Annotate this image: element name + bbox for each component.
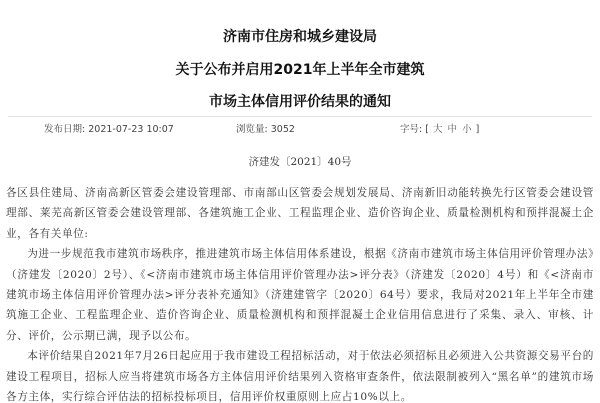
publish-date: 发布日期: 2021-07-23 10:07 [44,121,174,135]
paragraph-1: 为进一步规范我市建筑市场秩序，推进建筑市场主体信用体系建设，根据《济南市建筑市场… [6,244,594,346]
document-number: 济建发〔2021〕40号 [0,154,600,169]
notice-title-line-2: 市场主体信用评价结果的通知 [0,91,600,111]
publish-date-value: 2021-07-23 10:07 [88,124,174,135]
view-count-label: 浏览量: [236,124,268,135]
view-count-value: 3052 [271,124,295,135]
font-size-medium-link[interactable]: 中 [448,124,458,135]
font-size-small-link[interactable]: 小 [462,124,472,135]
bracket-close: ] [476,124,480,135]
paragraph-2: 本评价结果自2021年7月26日起应用于我市建设工程招标活动，对于依法必须招标且… [6,346,594,403]
font-size-label: 字号: [400,124,422,135]
notice-title-line-1: 关于公布并启用2021年上半年全市建筑 [0,59,600,79]
addressee: 各区县住建局、济南高新区管委会建设管理部、市南部山区管委会规划发展局、济南新旧动… [6,183,594,244]
header-divider [8,116,592,117]
font-size-large-link[interactable]: 大 [433,124,443,135]
publish-date-label: 发布日期: [44,124,85,135]
font-size-selector: 字号: [ 大 中 小 ] [400,121,479,135]
agency-title: 济南市住房和城乡建设局 [0,26,600,46]
bracket-open: [ [425,124,429,135]
view-count: 浏览量: 3052 [236,121,295,135]
document-body: 各区县住建局、济南高新区管委会建设管理部、市南部山区管委会规划发展局、济南新旧动… [6,183,594,403]
